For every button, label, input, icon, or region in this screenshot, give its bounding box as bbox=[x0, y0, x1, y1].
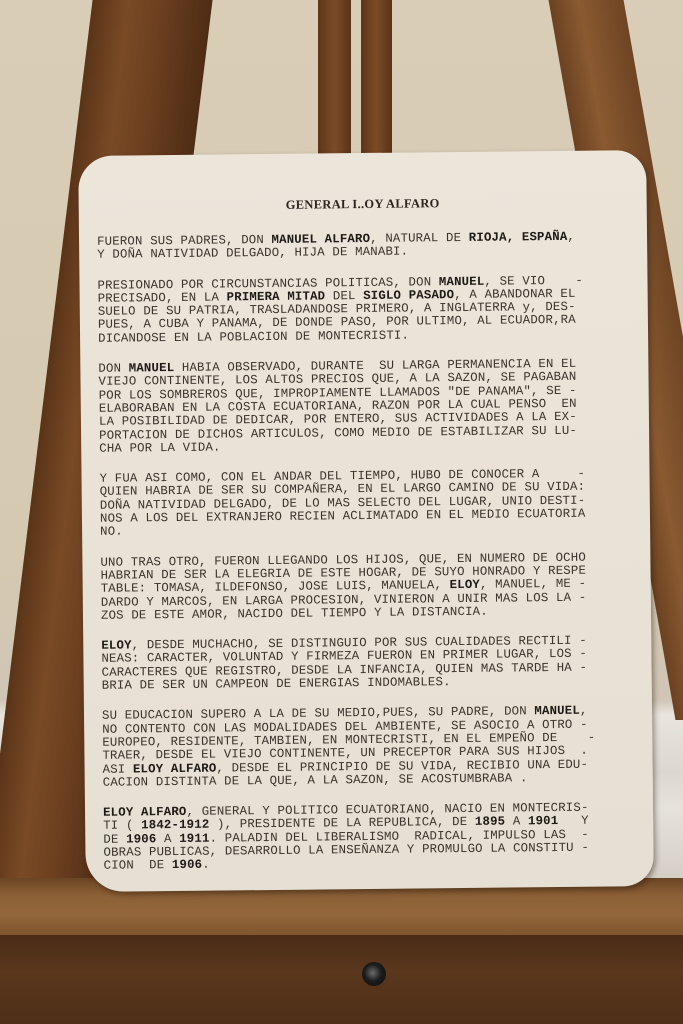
easel-ledge-front bbox=[0, 935, 683, 1024]
easel-center-post-right bbox=[361, 0, 392, 170]
placard-paragraph: ELOY ALFARO, GENERAL Y POLITICO ECUATORI… bbox=[103, 801, 640, 873]
placard-paragraph: ELOY, DESDE MUCHACHO, SE DISTINGUIO POR … bbox=[101, 634, 638, 693]
placard-title: GENERAL I..OY ALFARO bbox=[79, 194, 647, 215]
placard-paragraph: SU EDUCACION SUPERO A LA DE SU MEDIO,PUE… bbox=[102, 704, 639, 789]
placard-paragraph: PRESIONADO POR CIRCUNSTANCIAS POLITICAS,… bbox=[97, 274, 634, 346]
placard-paragraph: DON MANUEL HABIA OBSERVADO, DURANTE SU L… bbox=[98, 357, 635, 456]
placard-paragraph: Y FUA ASI COMO, CON EL ANDAR DEL TIEMPO,… bbox=[99, 467, 636, 539]
placard-paragraph: FUERON SUS PADRES, DON MANUEL ALFARO, NA… bbox=[97, 230, 633, 262]
easel-knob bbox=[362, 962, 386, 986]
placard: GENERAL I..OY ALFARO FUERON SUS PADRES, … bbox=[78, 150, 654, 892]
placard-body: FUERON SUS PADRES, DON MANUEL ALFARO, NA… bbox=[97, 230, 640, 890]
easel-center-post-left bbox=[318, 0, 351, 170]
placard-paragraph: UNO TRAS OTRO, FUERON LLEGANDO LOS HIJOS… bbox=[100, 551, 637, 623]
